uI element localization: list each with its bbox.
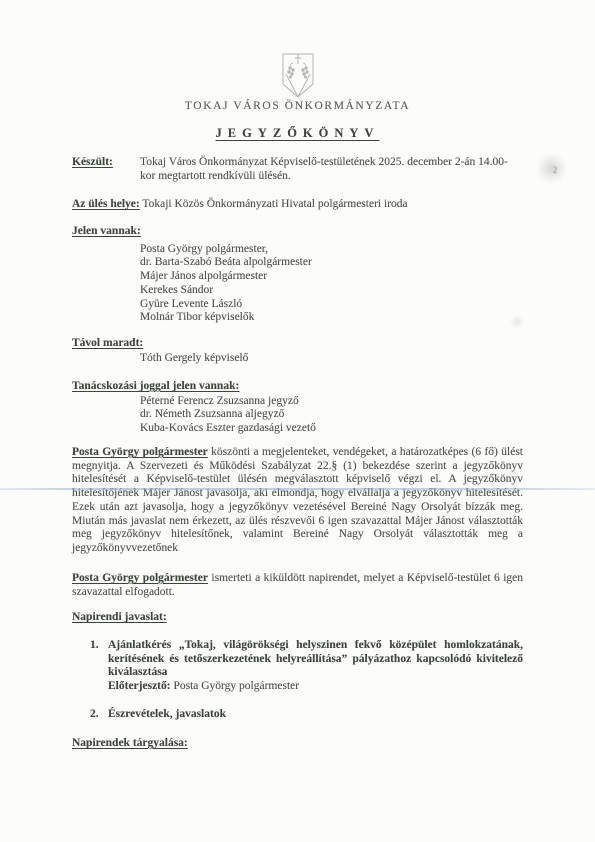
attendee-name: dr. Barta-Szabó Beáta alpolgármester bbox=[140, 256, 523, 270]
agenda-item-title: Észrevételek, javaslatok bbox=[108, 708, 523, 722]
agenda-item-number: 1. bbox=[90, 639, 108, 694]
agenda-item-title: Ajánlatkérés „Tokaj, világörökségi helys… bbox=[108, 639, 523, 680]
agenda-item-submitter: Előterjesztő: Posta György polgármester bbox=[108, 680, 523, 694]
advisory-name: Péterné Ferencz Zsuzsanna jegyző bbox=[140, 395, 523, 409]
speaker-name: Posta György polgármester bbox=[72, 572, 208, 584]
advisory-label: Tanácskozási joggal jelen vannak: bbox=[72, 380, 239, 392]
location-text: Tokaji Közös Önkormányzati Hivatal polgá… bbox=[140, 198, 408, 210]
attendee-name: Májer János alpolgármester bbox=[140, 270, 523, 284]
tokaj-crest-icon bbox=[279, 52, 317, 99]
advisory-name: Kuba-Kovács Eszter gazdasági vezető bbox=[140, 422, 523, 436]
agenda-item-2: 2. Észrevételek, javaslatok bbox=[72, 708, 523, 722]
attendees-label: Jelen vannak: bbox=[72, 225, 141, 237]
opening-paragraph: Posta György polgármester köszönti a meg… bbox=[72, 446, 523, 556]
attendee-name: Posta György polgármester, bbox=[140, 243, 523, 257]
absent-section: Távol maradt: Tóth Gergely képviselő bbox=[72, 337, 523, 365]
location-row: Az ülés helye: Tokaji Közös Önkormányzat… bbox=[72, 198, 523, 212]
absent-label: Távol maradt: bbox=[72, 337, 143, 349]
scanned-minutes-page: TOKAJ VÁROS ÖNKORMÁNYZATA JEGYZŐKÖNYV Ké… bbox=[0, 0, 595, 842]
speaker-name: Posta György polgármester bbox=[72, 446, 208, 458]
agenda-discussion-heading: Napirendek tárgyalása: bbox=[72, 737, 523, 751]
attendee-name: Molnár Tibor képviselők bbox=[140, 311, 523, 325]
attendee-name: Gyüre Levente László bbox=[140, 298, 523, 312]
paragraph-text: köszönti a megjelenteket, vendégeket, a … bbox=[72, 446, 523, 554]
scan-smudge-artifact: 2 bbox=[538, 155, 572, 185]
absent-name: Tóth Gergely képviselő bbox=[140, 352, 523, 366]
submitter-name: Posta György polgármester bbox=[171, 680, 300, 692]
agenda-approval-paragraph: Posta György polgármester ismerteti a ki… bbox=[72, 572, 523, 599]
attendee-name: Kerekes Sándor bbox=[140, 284, 523, 298]
keszult-label: Készült: bbox=[72, 156, 113, 168]
submitter-label: Előterjesztő: bbox=[108, 680, 171, 692]
agenda-item-number: 2. bbox=[90, 708, 108, 722]
document-title: JEGYZŐKÖNYV bbox=[216, 126, 380, 140]
coat-of-arms bbox=[0, 52, 595, 104]
made-at-row: Készült: Tokaj Város Önkormányzat Képvis… bbox=[72, 156, 523, 183]
agenda-list: 1. Ajánlatkérés „Tokaj, világörökségi he… bbox=[72, 639, 523, 736]
keszult-text: Tokaj Város Önkormányzat Képviselő-testü… bbox=[140, 156, 523, 183]
agenda-proposal-heading: Napirendi javaslat: bbox=[72, 611, 523, 625]
agenda-item-1: 1. Ajánlatkérés „Tokaj, világörökségi he… bbox=[72, 639, 523, 694]
org-name: TOKAJ VÁROS ÖNKORMÁNYZATA bbox=[0, 100, 595, 114]
advisory-name: dr. Németh Zsuzsanna aljegyző bbox=[140, 408, 523, 422]
attendees-section: Jelen vannak: Posta György polgármester,… bbox=[72, 225, 523, 325]
advisory-section: Tanácskozási joggal jelen vannak: Pétern… bbox=[72, 380, 523, 436]
location-label: Az ülés helye: bbox=[72, 198, 140, 210]
